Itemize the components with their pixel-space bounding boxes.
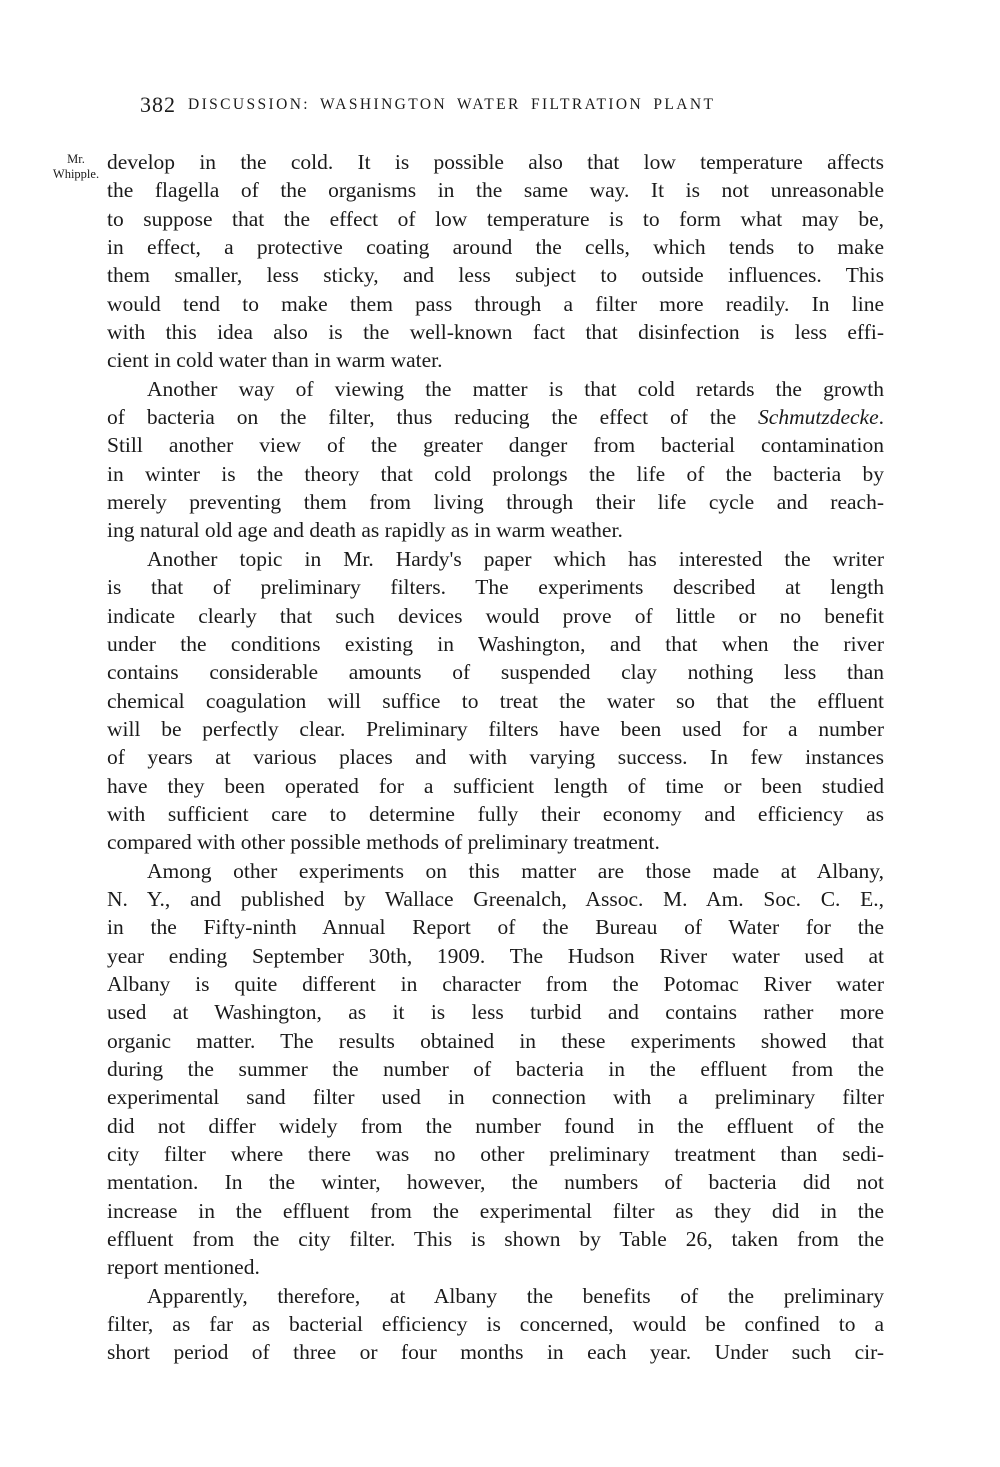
text-line: with this idea also is the well-known fa… bbox=[107, 318, 884, 346]
text-line: to suppose that the effect of low temper… bbox=[107, 205, 884, 233]
text-line: develop in the cold. It is possible also… bbox=[107, 148, 884, 176]
text-line: with sufficient care to determine fully … bbox=[107, 800, 884, 828]
text-line: ing natural old age and death as rapidly… bbox=[107, 516, 884, 544]
text-line: report mentioned. bbox=[107, 1253, 884, 1281]
text-line: is that of preliminary filters. The expe… bbox=[107, 573, 884, 601]
text-line: year ending September 30th, 1909. The Hu… bbox=[107, 942, 884, 970]
text-line: Among other experiments on this matter a… bbox=[107, 857, 884, 885]
margin-note-speaker: Mr. Whipple. bbox=[46, 152, 106, 182]
paragraph: Apparently, therefore, at Albany the ben… bbox=[107, 1282, 884, 1367]
text-line: effluent from the city filter. This is s… bbox=[107, 1225, 884, 1253]
text-line: in effect, a protective coating around t… bbox=[107, 233, 884, 261]
margin-note-line: Whipple. bbox=[46, 167, 106, 182]
text-line: have they been operated for a sufficient… bbox=[107, 772, 884, 800]
italic-term: Schmutzdecke bbox=[758, 405, 879, 429]
paragraph: develop in the cold. It is possible also… bbox=[107, 148, 884, 375]
text-line: used at Washington, as it is less turbid… bbox=[107, 998, 884, 1026]
text-line: during the summer the number of bacteria… bbox=[107, 1055, 884, 1083]
text-line: in the Fifty-ninth Annual Report of the … bbox=[107, 913, 884, 941]
text-line: city filter where there was no other pre… bbox=[107, 1140, 884, 1168]
text-line: them smaller, less sticky, and less subj… bbox=[107, 261, 884, 289]
running-head: DISCUSSION: WASHINGTON WATER FILTRATION … bbox=[188, 96, 715, 114]
paragraph: Among other experiments on this matter a… bbox=[107, 857, 884, 1282]
text-line: in winter is the theory that cold prolon… bbox=[107, 460, 884, 488]
text-line: organic matter. The results obtained in … bbox=[107, 1027, 884, 1055]
text-line: cient in cold water than in warm water. bbox=[107, 346, 884, 374]
body-text: develop in the cold. It is possible also… bbox=[107, 148, 884, 1367]
text-line: the flagella of the organisms in the sam… bbox=[107, 176, 884, 204]
text-line: merely preventing them from living throu… bbox=[107, 488, 884, 516]
text-line: Another way of viewing the matter is tha… bbox=[107, 375, 884, 403]
text-line: increase in the effluent from the experi… bbox=[107, 1197, 884, 1225]
text-line: would tend to make them pass through a f… bbox=[107, 290, 884, 318]
text-line: will be perfectly clear. Preliminary fil… bbox=[107, 715, 884, 743]
text-line: experimental sand filter used in connect… bbox=[107, 1083, 884, 1111]
text-line: N. Y., and published by Wallace Greenalc… bbox=[107, 885, 884, 913]
text-line: Albany is quite different in character f… bbox=[107, 970, 884, 998]
paragraph: Another way of viewing the matter is tha… bbox=[107, 375, 884, 545]
text-line: indicate clearly that such devices would… bbox=[107, 602, 884, 630]
text-line: of bacteria on the filter, thus reducing… bbox=[107, 403, 884, 431]
page-header: 382 DISCUSSION: WASHINGTON WATER FILTRAT… bbox=[140, 92, 900, 122]
text-line: Another topic in Mr. Hardy's paper which… bbox=[107, 545, 884, 573]
text-line: short period of three or four months in … bbox=[107, 1338, 884, 1366]
text-line: under the conditions existing in Washing… bbox=[107, 630, 884, 658]
margin-note-line: Mr. bbox=[46, 152, 106, 167]
text-line: Apparently, therefore, at Albany the ben… bbox=[107, 1282, 884, 1310]
page-number: 382 bbox=[140, 92, 176, 118]
text-line: compared with other possible methods of … bbox=[107, 828, 884, 856]
text-line: contains considerable amounts of suspend… bbox=[107, 658, 884, 686]
text-line: filter, as far as bacterial efficiency i… bbox=[107, 1310, 884, 1338]
paragraph: Another topic in Mr. Hardy's paper which… bbox=[107, 545, 884, 857]
text-line: mentation. In the winter, however, the n… bbox=[107, 1168, 884, 1196]
text-line: of years at various places and with vary… bbox=[107, 743, 884, 771]
text-line: Still another view of the greater danger… bbox=[107, 431, 884, 459]
text-line: chemical coagulation will suffice to tre… bbox=[107, 687, 884, 715]
text-line: did not differ widely from the number fo… bbox=[107, 1112, 884, 1140]
